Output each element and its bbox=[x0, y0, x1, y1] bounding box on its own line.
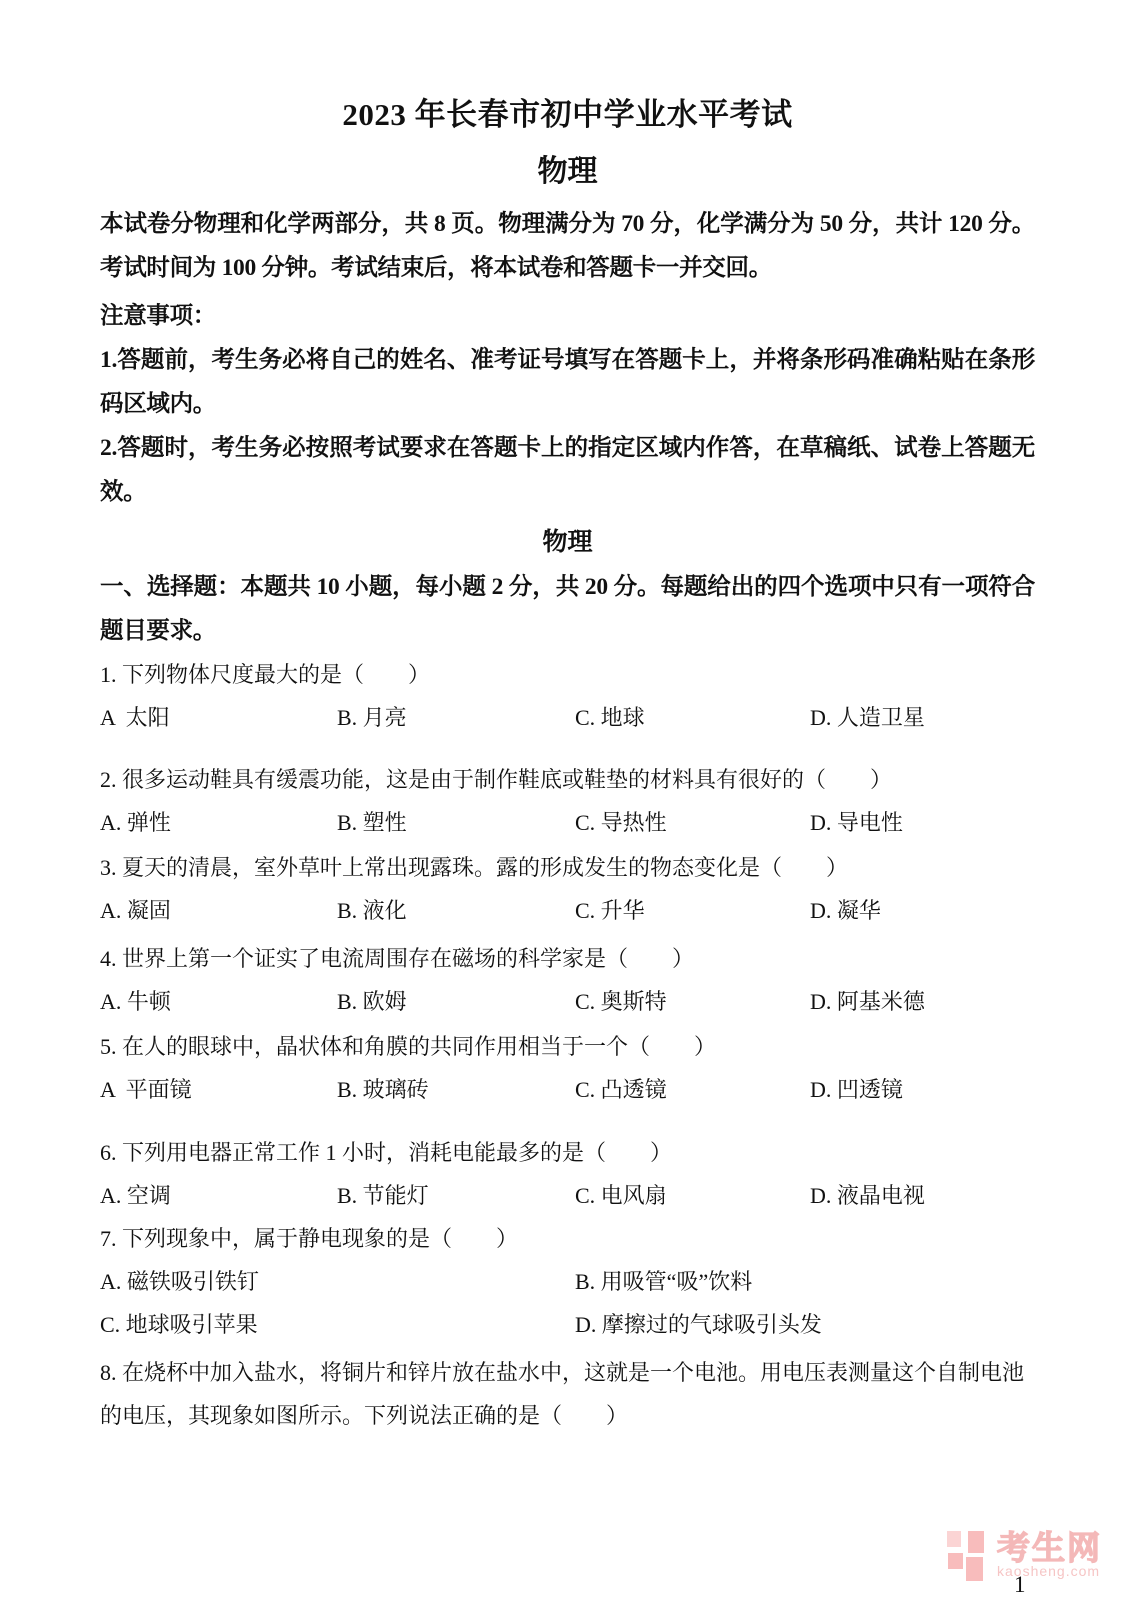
notice-title: 注意事项： bbox=[100, 294, 1035, 338]
question-4-options: A. 牛顿 B. 欧姆 C. 奥斯特 D. 阿基米德 bbox=[100, 980, 1035, 1023]
question-list: 1. 下列物体尺度最大的是（ ） A 太阳 B. 月亮 C. 地球 D. 人造卫… bbox=[100, 653, 1035, 1437]
watermark-domain: kaosheng.com bbox=[997, 1564, 1102, 1579]
question-7: 7. 下列现象中，属于静电现象的是（ ） A. 磁铁吸引铁钉 B. 用吸管“吸”… bbox=[100, 1217, 1035, 1346]
question-2-option-c: C. 导热性 bbox=[575, 801, 810, 844]
question-7-option-c: C. 地球吸引苹果 bbox=[100, 1303, 575, 1346]
question-5-stem: 5. 在人的眼球中，晶状体和角膜的共同作用相当于一个（ ） bbox=[100, 1025, 1035, 1068]
question-6-option-d: D. 液晶电视 bbox=[810, 1174, 1035, 1217]
question-6-option-c: C. 电风扇 bbox=[575, 1174, 810, 1217]
question-5-option-b: B. 玻璃砖 bbox=[337, 1068, 575, 1111]
question-8: 8. 在烧杯中加入盐水，将铜片和锌片放在盐水中，这就是一个电池。用电压表测量这个… bbox=[100, 1351, 1035, 1437]
question-1-stem: 1. 下列物体尺度最大的是（ ） bbox=[100, 653, 1035, 696]
exam-paper-page: 2023 年长春市初中学业水平考试 物理 本试卷分物理和化学两部分，共 8 页。… bbox=[0, 0, 1131, 1600]
section-instruction: 一、选择题：本题共 10 小题，每小题 2 分，共 20 分。每题给出的四个选项… bbox=[100, 565, 1035, 653]
question-3-option-c: C. 升华 bbox=[575, 889, 810, 932]
question-6-options: A. 空调 B. 节能灯 C. 电风扇 D. 液晶电视 bbox=[100, 1174, 1035, 1217]
question-5-option-c: C. 凸透镜 bbox=[575, 1068, 810, 1111]
question-1-options: A 太阳 B. 月亮 C. 地球 D. 人造卫星 bbox=[100, 696, 1035, 739]
question-5-option-a: A 平面镜 bbox=[100, 1068, 337, 1111]
question-6-option-b: B. 节能灯 bbox=[337, 1174, 575, 1217]
question-4-option-c: C. 奥斯特 bbox=[575, 980, 810, 1023]
question-1-option-d: D. 人造卫星 bbox=[810, 696, 1035, 739]
question-4: 4. 世界上第一个证实了电流周围存在磁场的科学家是（ ） A. 牛顿 B. 欧姆… bbox=[100, 937, 1035, 1023]
question-8-stem: 8. 在烧杯中加入盐水，将铜片和锌片放在盐水中，这就是一个电池。用电压表测量这个… bbox=[100, 1351, 1035, 1437]
question-5-options: A 平面镜 B. 玻璃砖 C. 凸透镜 D. 凹透镜 bbox=[100, 1068, 1035, 1111]
question-7-option-b: B. 用吸管“吸”饮料 bbox=[575, 1260, 1035, 1303]
watermark-brand-name: 考生网 bbox=[997, 1531, 1102, 1565]
question-2-option-a: A. 弹性 bbox=[100, 801, 337, 844]
question-3-option-a: A. 凝固 bbox=[100, 889, 337, 932]
question-2: 2. 很多运动鞋具有缓震功能，这是由于制作鞋底或鞋垫的材料具有很好的（ ） A.… bbox=[100, 758, 1035, 844]
intro-paragraph: 本试卷分物理和化学两部分，共 8 页。物理满分为 70 分，化学满分为 50 分… bbox=[100, 202, 1035, 290]
question-5: 5. 在人的眼球中，晶状体和角膜的共同作用相当于一个（ ） A 平面镜 B. 玻… bbox=[100, 1025, 1035, 1111]
question-6-option-a: A. 空调 bbox=[100, 1174, 337, 1217]
question-3-options: A. 凝固 B. 液化 C. 升华 D. 凝华 bbox=[100, 889, 1035, 932]
question-3-option-b: B. 液化 bbox=[337, 889, 575, 932]
page-title: 2023 年长春市初中学业水平考试 bbox=[100, 94, 1035, 136]
notice-item-2: 2.答题时，考生务必按照考试要求在答题卡上的指定区域内作答，在草稿纸、试卷上答题… bbox=[100, 426, 1035, 514]
question-7-option-d: D. 摩擦过的气球吸引头发 bbox=[575, 1303, 1035, 1346]
question-4-option-b: B. 欧姆 bbox=[337, 980, 575, 1023]
question-5-option-d: D. 凹透镜 bbox=[810, 1068, 1035, 1111]
watermark-text: 考生网 kaosheng.com bbox=[997, 1531, 1102, 1579]
question-1: 1. 下列物体尺度最大的是（ ） A 太阳 B. 月亮 C. 地球 D. 人造卫… bbox=[100, 653, 1035, 739]
question-7-option-a: A. 磁铁吸引铁钉 bbox=[100, 1260, 575, 1303]
section-label: 物理 bbox=[100, 521, 1035, 565]
question-7-options: A. 磁铁吸引铁钉 B. 用吸管“吸”饮料 C. 地球吸引苹果 D. 摩擦过的气… bbox=[100, 1260, 1035, 1346]
page-number: 1 bbox=[1014, 1572, 1026, 1598]
question-6-stem: 6. 下列用电器正常工作 1 小时，消耗电能最多的是（ ） bbox=[100, 1131, 1035, 1174]
question-4-option-a: A. 牛顿 bbox=[100, 980, 337, 1023]
exam-content: 2023 年长春市初中学业水平考试 物理 本试卷分物理和化学两部分，共 8 页。… bbox=[100, 94, 1035, 1437]
question-2-option-d: D. 导电性 bbox=[810, 801, 1035, 844]
subject-title: 物理 bbox=[100, 151, 1035, 193]
question-1-option-c: C. 地球 bbox=[575, 696, 810, 739]
question-2-options: A. 弹性 B. 塑性 C. 导热性 D. 导电性 bbox=[100, 801, 1035, 844]
notice-item-1: 1.答题前，考生务必将自己的姓名、准考证号填写在答题卡上，并将条形码准确粘贴在条… bbox=[100, 338, 1035, 426]
question-1-option-a: A 太阳 bbox=[100, 696, 337, 739]
question-7-stem: 7. 下列现象中，属于静电现象的是（ ） bbox=[100, 1217, 1035, 1260]
question-6: 6. 下列用电器正常工作 1 小时，消耗电能最多的是（ ） A. 空调 B. 节… bbox=[100, 1131, 1035, 1217]
question-2-option-b: B. 塑性 bbox=[337, 801, 575, 844]
question-3-option-d: D. 凝华 bbox=[810, 889, 1035, 932]
question-2-stem: 2. 很多运动鞋具有缓震功能，这是由于制作鞋底或鞋垫的材料具有很好的（ ） bbox=[100, 758, 1035, 801]
question-4-stem: 4. 世界上第一个证实了电流周围存在磁场的科学家是（ ） bbox=[100, 937, 1035, 980]
question-3-stem: 3. 夏天的清晨，室外草叶上常出现露珠。露的形成发生的物态变化是（ ） bbox=[100, 846, 1035, 889]
kaosheng-logo-icon bbox=[947, 1531, 985, 1583]
question-4-option-d: D. 阿基米德 bbox=[810, 980, 1035, 1023]
question-1-option-b: B. 月亮 bbox=[337, 696, 575, 739]
question-3: 3. 夏天的清晨，室外草叶上常出现露珠。露的形成发生的物态变化是（ ） A. 凝… bbox=[100, 846, 1035, 932]
